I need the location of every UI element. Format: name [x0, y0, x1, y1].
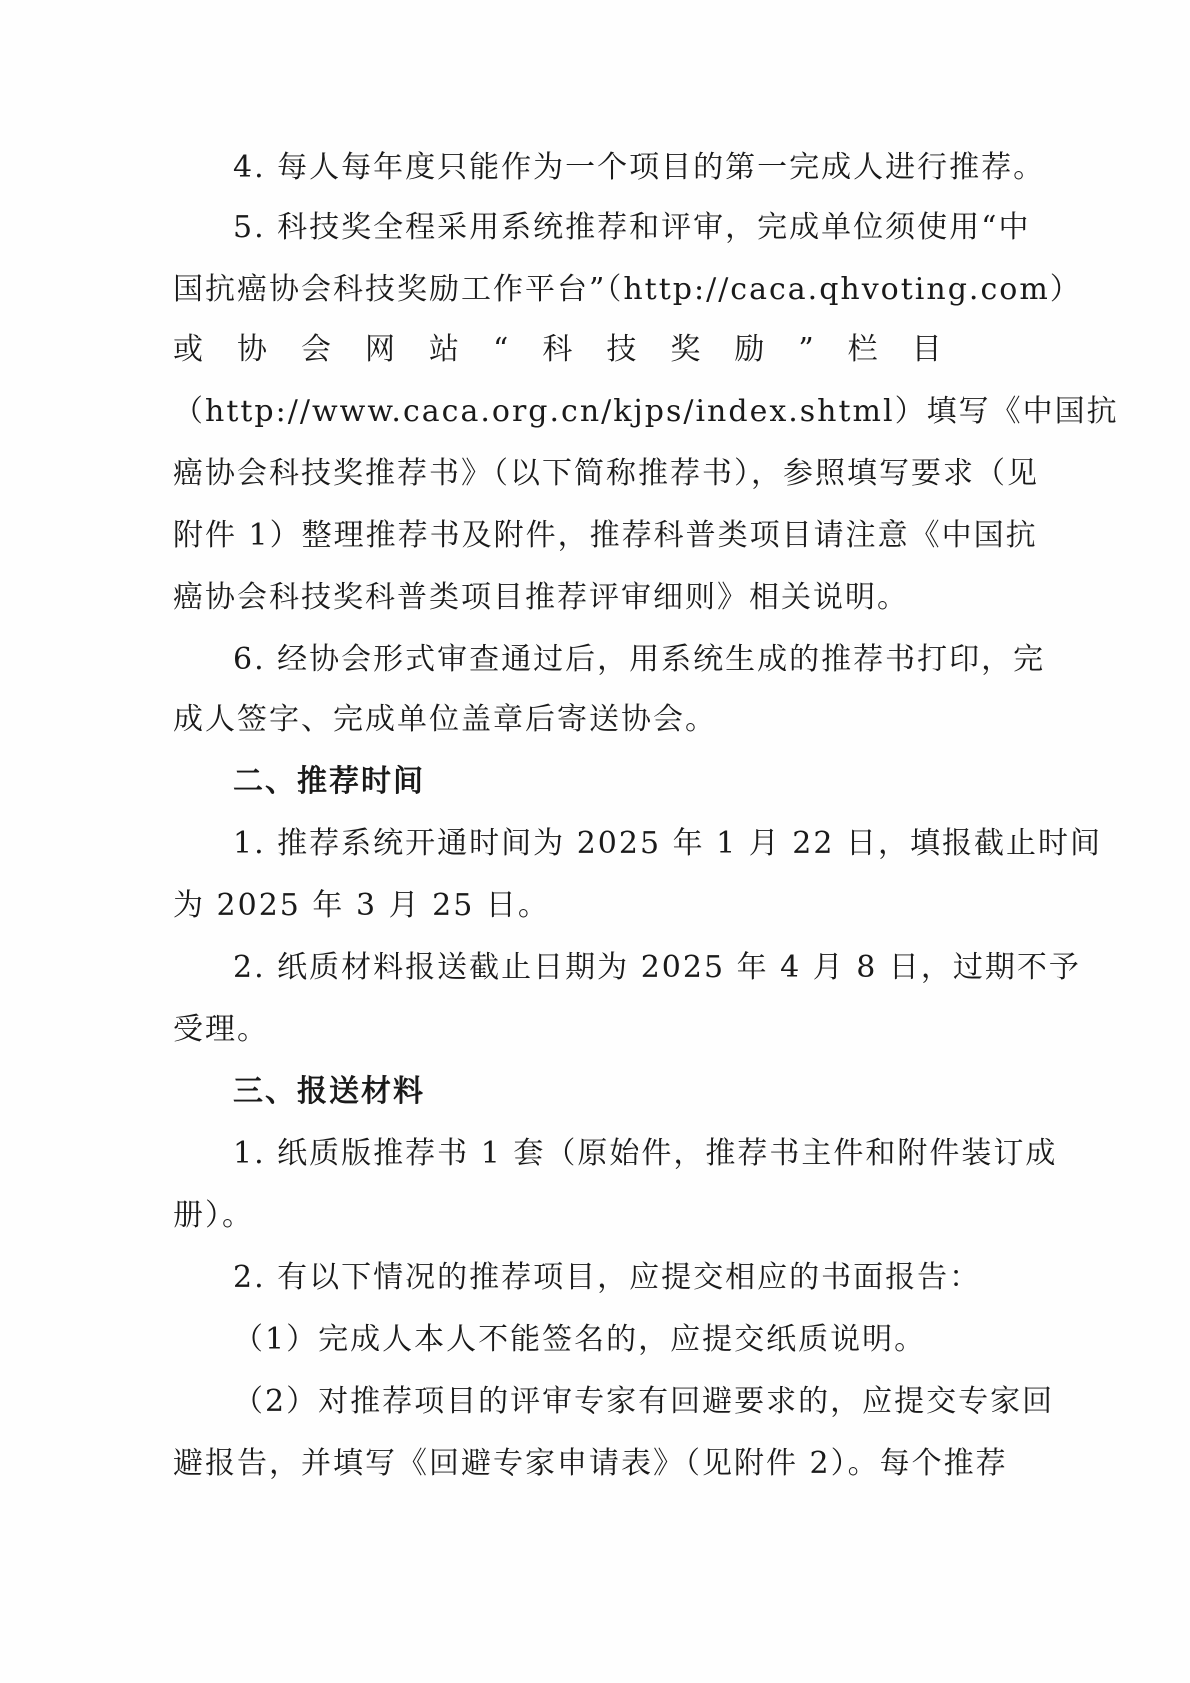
section-heading: 二、推荐时间 [233, 762, 425, 802]
text-line: 6. 经协会形式审查通过后，用系统生成的推荐书打印，完 [233, 640, 1045, 680]
text-line: 2. 有以下情况的推荐项目，应提交相应的书面报告： [233, 1258, 981, 1298]
text-line: 避报告，并填写《回避专家申请表》（见附件 2）。每个推荐 [173, 1444, 1008, 1484]
text-line: （1）完成人本人不能签名的，应提交纸质说明。 [233, 1320, 926, 1360]
text-line: 1. 推荐系统开通时间为 2025 年 1 月 22 日，填报截止时间 [233, 824, 1102, 864]
text-line: 国抗癌协会科技奖励工作平台”（http://caca.qhvoting.com） [173, 270, 1082, 310]
text-line: 4. 每人每年度只能作为一个项目的第一完成人进行推荐。 [233, 148, 1045, 188]
text-line: 或 协 会 网 站 “ 科 技 奖 励 ” 栏 目 [173, 330, 944, 370]
text-line: 册）。 [173, 1196, 254, 1236]
text-line: 成人签字、完成单位盖章后寄送协会。 [173, 700, 717, 740]
text-line: （http://www.caca.org.cn/kjps/index.shtml… [173, 392, 1119, 432]
text-line: 1. 纸质版推荐书 1 套（原始件，推荐书主件和附件装订成 [233, 1134, 1057, 1174]
text-line: 癌协会科技奖推荐书》（以下简称推荐书），参照填写要求（见 [173, 454, 1039, 494]
text-line: 为 2025 年 3 月 25 日。 [173, 886, 550, 926]
document-page: 4. 每人每年度只能作为一个项目的第一完成人进行推荐。5. 科技奖全程采用系统推… [0, 0, 1190, 1683]
text-line: 癌协会科技奖科普类项目推荐评审细则》相关说明。 [173, 578, 909, 618]
section-heading: 三、报送材料 [233, 1072, 425, 1112]
text-line: 2. 纸质材料报送截止日期为 2025 年 4 月 8 日，过期不予 [233, 948, 1081, 988]
text-line: （2）对推荐项目的评审专家有回避要求的，应提交专家回 [233, 1382, 1054, 1422]
text-line: 受理。 [173, 1010, 269, 1050]
text-line: 5. 科技奖全程采用系统推荐和评审，完成单位须使用“中 [233, 208, 1031, 248]
text-line: 附件 1）整理推荐书及附件，推荐科普类项目请注意《中国抗 [173, 516, 1038, 556]
